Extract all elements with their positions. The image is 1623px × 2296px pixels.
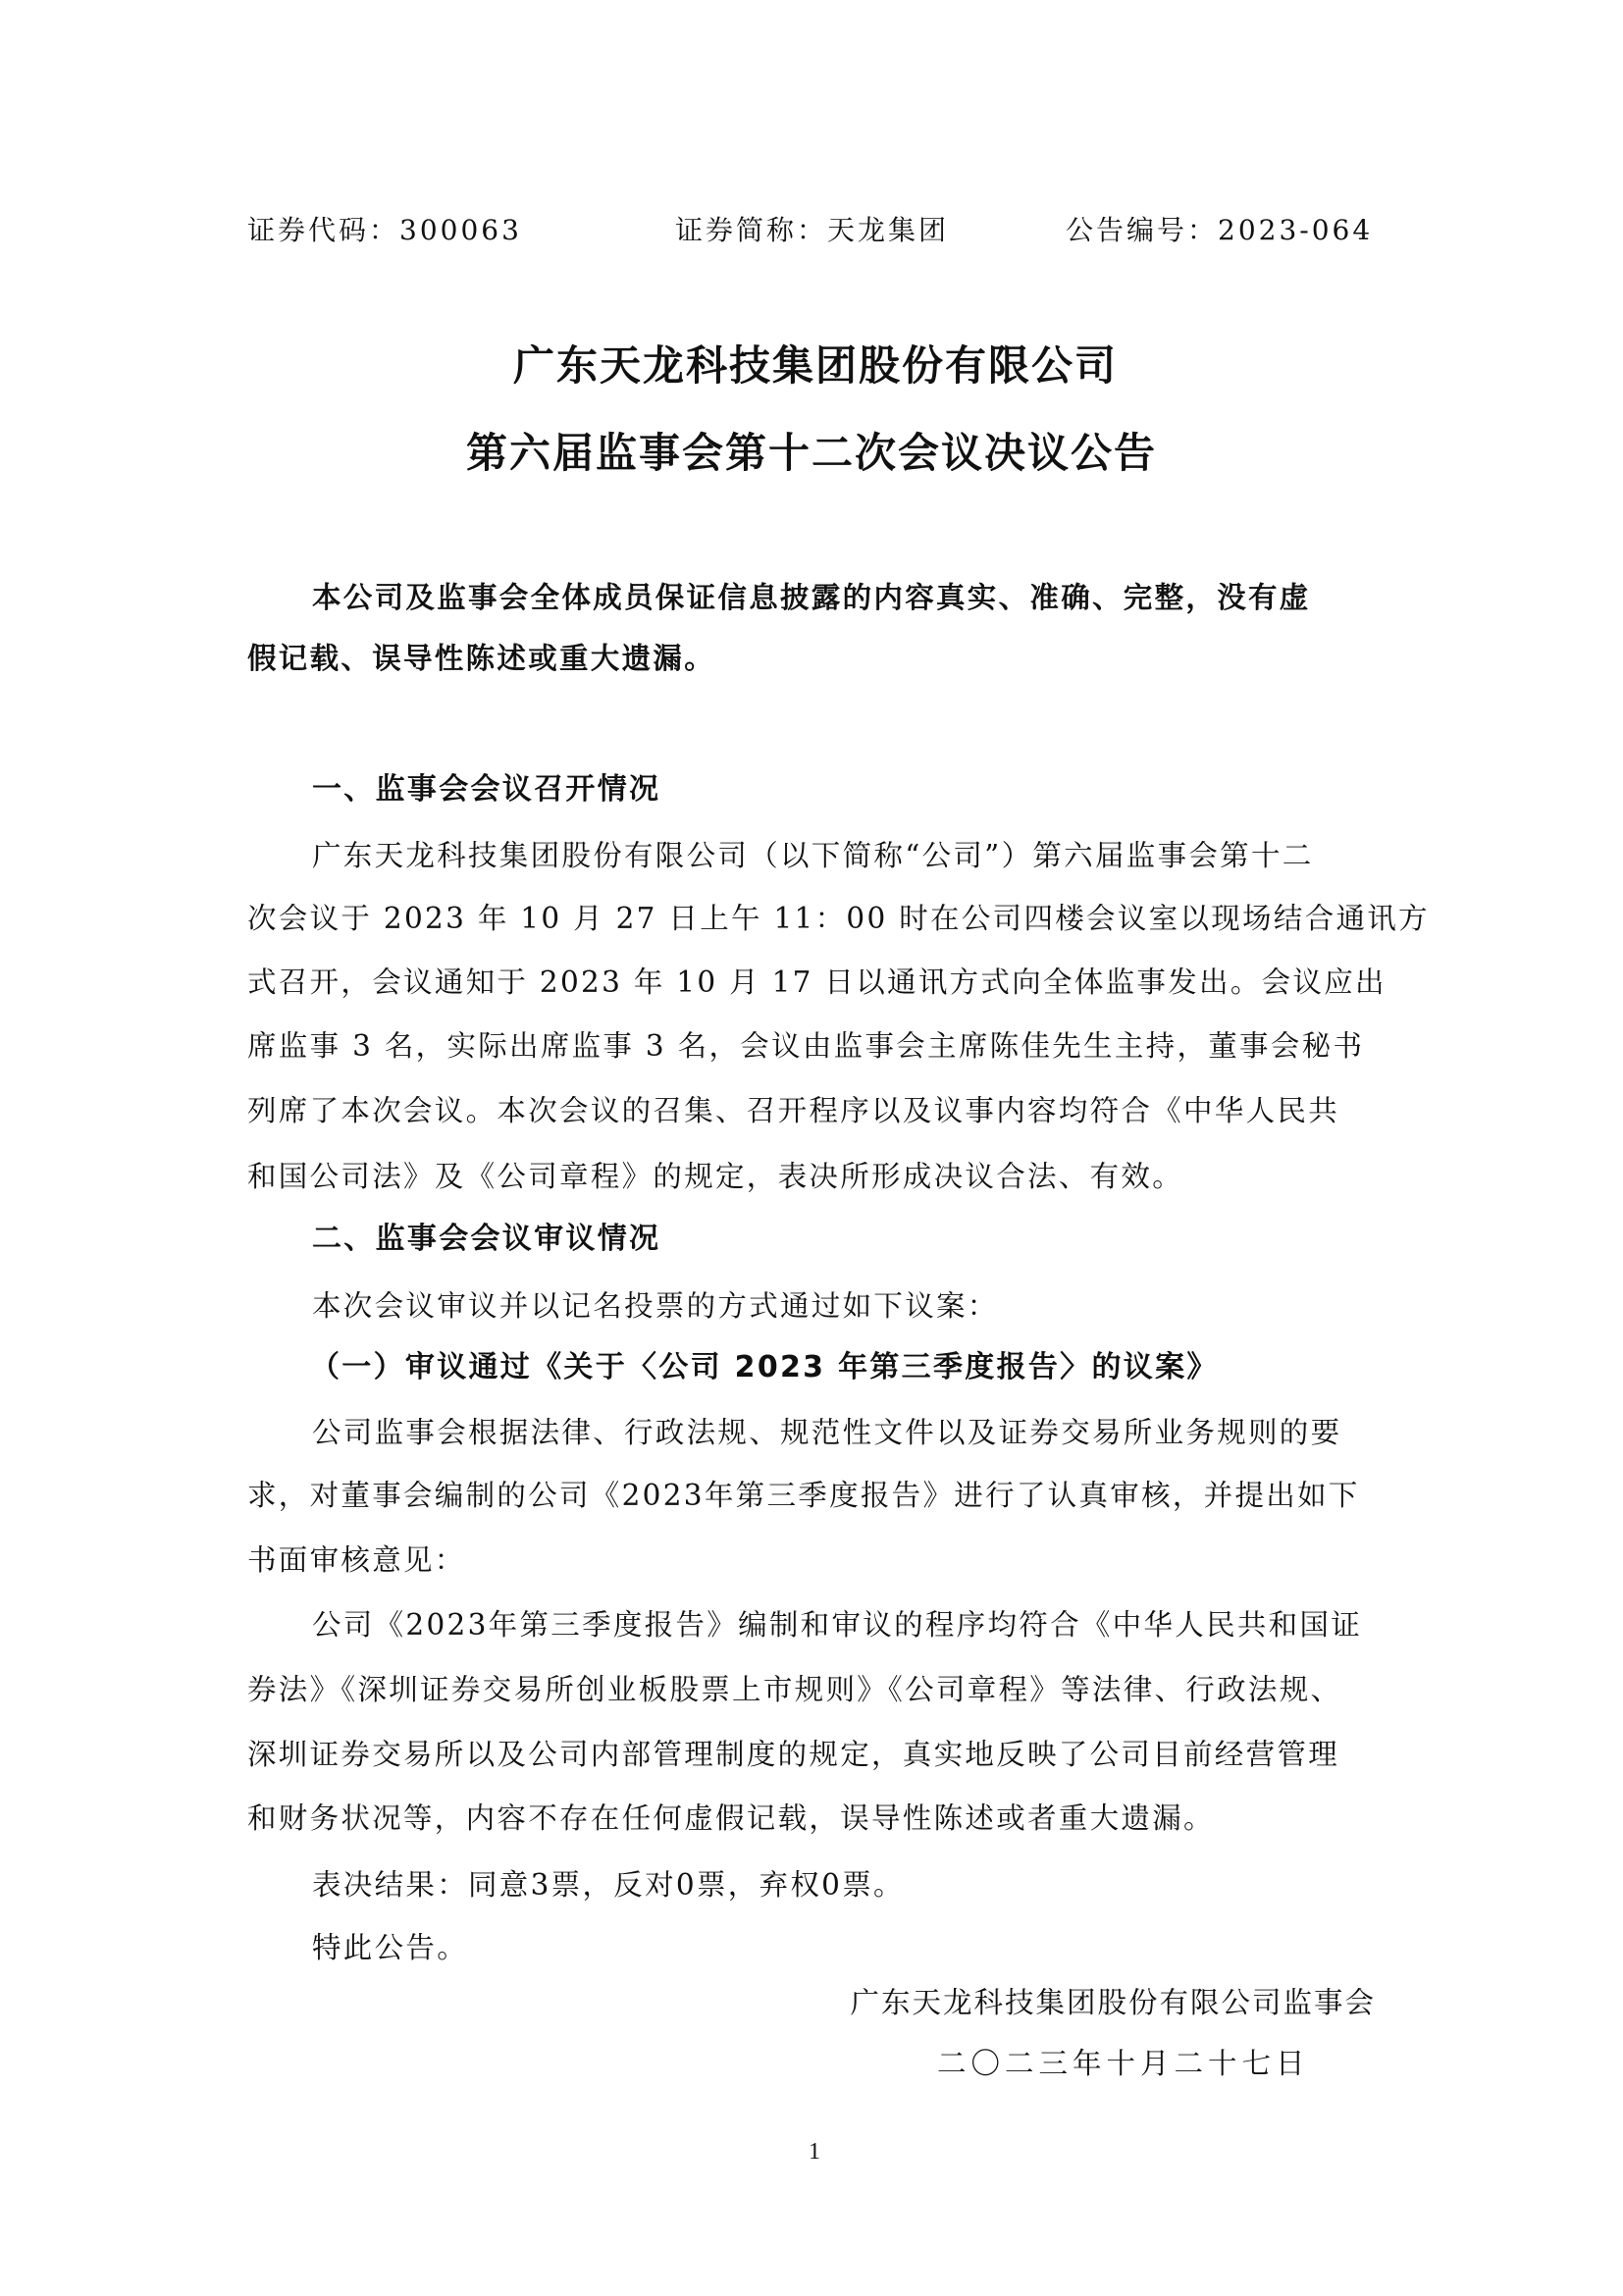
section-1-line: 列席了本次会议。本次会议的召集、召开程序以及议事内容均符合《中华人民共 — [247, 1091, 1376, 1130]
opinion-paragraph-line: 券法》《深圳证券交易所创业板股票上市规则》《公司章程》等法律、行政法规、 — [247, 1670, 1376, 1709]
company-title: 广东天龙科技集团股份有限公司 — [0, 341, 1623, 391]
section-1-line: 和国公司法》及《公司章程》的规定，表决所形成决议合法、有效。 — [247, 1157, 1376, 1196]
announcement-title: 第六届监事会第十二次会议决议公告 — [0, 429, 1623, 478]
section-1-line: 席监事 3 名，实际出席监事 3 名，会议由监事会主席陈佳先生主持，董事会秘书 — [247, 1026, 1376, 1066]
opinion-paragraph-line: 深圳证券交易所以及公司内部管理制度的规定，真实地反映了公司目前经营管理 — [247, 1735, 1376, 1774]
section-1-heading: 一、监事会会议召开情况 — [312, 770, 1376, 809]
section-2-intro: 本次会议审议并以记名投票的方式通过如下议案： — [312, 1286, 1376, 1326]
section-1-line: 式召开，会议通知于 2023 年 10 月 17 日以通讯方式向全体监事发出。会… — [247, 963, 1376, 1002]
opinion-paragraph-line: 公司《2023年第三季度报告》编制和审议的程序均符合《中华人民共和国证 — [312, 1605, 1376, 1644]
review-paragraph-line: 书面审核意见： — [247, 1540, 1376, 1580]
review-paragraph-line: 求，对董事会编制的公司《2023年第三季度报告》进行了认真审核，并提出如下 — [247, 1476, 1376, 1515]
opinion-paragraph-line: 和财务状况等，内容不存在任何虚假记载，误导性陈述或者重大遗漏。 — [247, 1799, 1376, 1838]
section-1-line: 次会议于 2023 年 10 月 27 日上午 11：00 时在公司四楼会议室以… — [247, 899, 1376, 938]
section-2-heading: 二、监事会会议审议情况 — [312, 1220, 1376, 1259]
document-page: 证券代码：300063 证券简称：天龙集团 公告编号：2023-064 广东天龙… — [0, 0, 1623, 2296]
vote-result: 表决结果：同意3票，反对0票，弃权0票。 — [312, 1865, 1376, 1905]
security-short-name: 证券简称：天龙集团 — [675, 213, 949, 248]
page-number: 1 — [809, 2137, 820, 2166]
signature-org: 广东天龙科技集团股份有限公司监事会 — [850, 1983, 1376, 2022]
announcement-number: 公告编号：2023-064 — [1066, 213, 1373, 248]
section-1-line: 广东天龙科技集团股份有限公司（以下简称“公司”）第六届监事会第十二 — [312, 836, 1376, 875]
declaration-line-1: 本公司及监事会全体成员保证信息披露的内容真实、准确、完整，没有虚 — [312, 578, 1376, 617]
review-paragraph-line: 公司监事会根据法律、行政法规、规范性文件以及证券交易所业务规则的要 — [312, 1413, 1376, 1452]
closing-statement: 特此公告。 — [312, 1928, 1376, 1967]
declaration-line-2: 假记载、误导性陈述或重大遗漏。 — [247, 639, 1376, 678]
proposal-1-heading: （一）审议通过《关于〈公司 2023 年第三季度报告〉的议案》 — [310, 1348, 1439, 1387]
signature-date: 二〇二三年十月二十七日 — [937, 2044, 1310, 2083]
security-code: 证券代码：300063 — [247, 213, 522, 248]
